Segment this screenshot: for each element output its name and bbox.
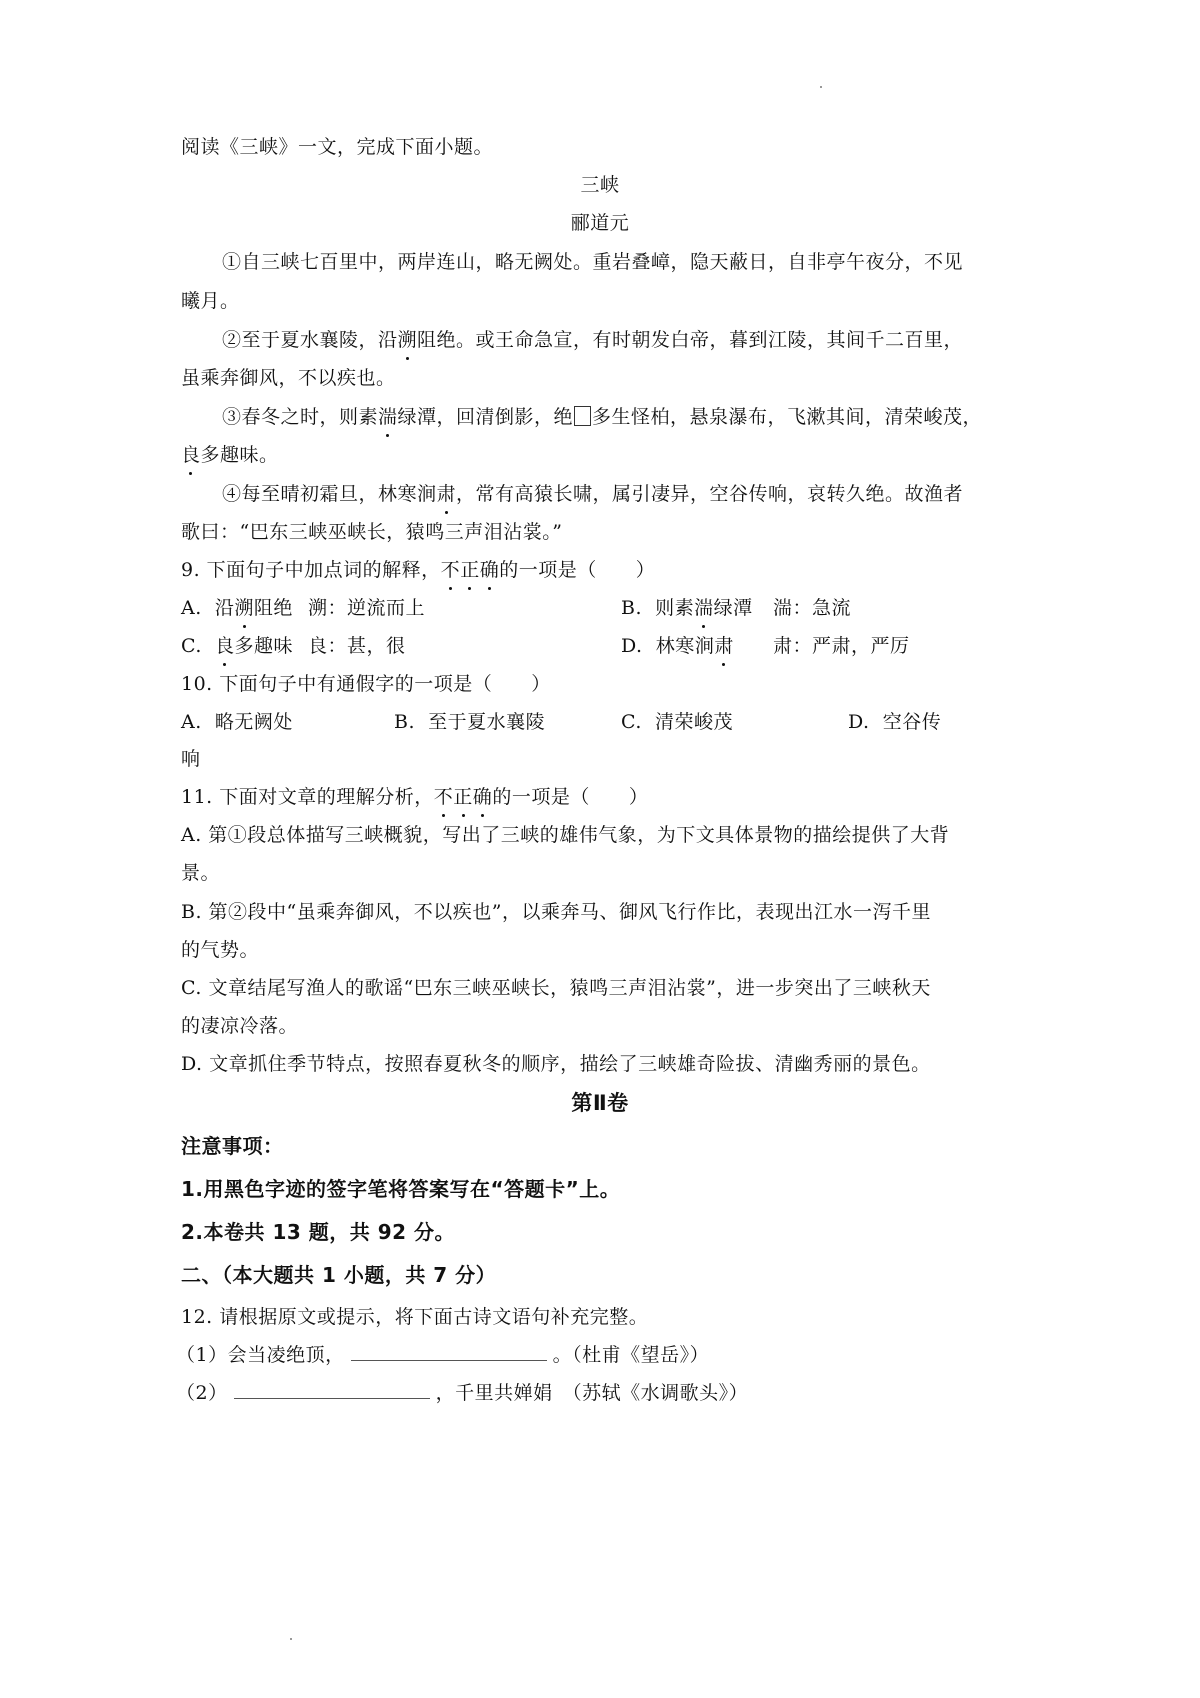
reading-intro: 阅读《三峡》一文，完成下面小题。	[181, 134, 493, 160]
q11-option-b-wrap: 的气势。	[181, 937, 259, 963]
dotted-word: 良	[181, 442, 201, 468]
text-segment: 的一项是（ ）	[492, 786, 648, 808]
notice-item-2: 2.本卷共 13 题，共 92 分。	[181, 1219, 455, 1245]
q9-option-a[interactable]: A. 沿溯阻绝	[181, 595, 293, 621]
text-segment: 阻绝。或王命急宣，有时朝发白帝，暮到江陵，其间千二百里，	[417, 329, 963, 351]
option-text: 略无阙处	[215, 711, 293, 733]
passage-p1-line1: ①自三峡七百里中，两岸连山，略无阙处。重岩叠嶂，隐天蔽日，自非亭午夜分，不见	[222, 249, 963, 275]
passage-author: 郦道元	[0, 210, 1200, 236]
text-segment: 沿	[215, 597, 235, 619]
q10-stem: 10. 下面句子中有通假字的一项是（ ）	[181, 671, 551, 697]
answer-blank-2[interactable]	[234, 1380, 430, 1399]
text-segment: 11. 下面对文章的理解分析，	[181, 786, 434, 808]
dotted-word: 溯	[398, 327, 418, 353]
option-label: D.	[621, 635, 643, 657]
option-label: A.	[181, 711, 202, 733]
dotted-word: 肃	[437, 481, 457, 507]
passage-p2-line2: 虽乘奔御风，不以疾也。	[181, 365, 396, 391]
text-segment: 则素	[655, 597, 694, 619]
part-heading: 二、（本大题共 1 小题，共 7 分）	[181, 1262, 496, 1288]
q10-option-d[interactable]: D. 空谷传	[848, 709, 941, 735]
text-segment: 多趣味	[235, 635, 294, 657]
text-segment: 。（杜甫《望岳》）	[553, 1344, 710, 1366]
notice-heading: 注意事项：	[181, 1133, 284, 1159]
text-segment: 阻绝	[254, 597, 293, 619]
q10-option-b[interactable]: B. 至于夏水襄陵	[394, 709, 545, 735]
q9-option-d[interactable]: D. 林寒涧肃	[621, 633, 734, 659]
scan-speck	[290, 1638, 292, 1640]
passage-p4-line2: 歌曰：“巴东三峡巫峡长，猿鸣三声泪沾裳。”	[181, 519, 562, 545]
text-segment: 林寒涧	[656, 635, 715, 657]
dotted-word: 肃	[714, 633, 734, 659]
exam-page: 阅读《三峡》一文，完成下面小题。 三峡 郦道元 ①自三峡七百里中，两岸连山，略无…	[0, 0, 1200, 1698]
text-segment: 9. 下面句子中加点词的解释，	[181, 559, 441, 581]
option-text: 清荣峻茂	[655, 711, 733, 733]
q11-option-c-wrap: 的凄凉冷落。	[181, 1013, 298, 1039]
text-segment: （2）	[176, 1382, 228, 1404]
text-segment: 多趣味。	[201, 444, 279, 466]
text-segment: 绿潭，回清倒影，绝	[398, 406, 574, 428]
section-title: 第Ⅱ卷	[0, 1090, 1200, 1116]
dotted-word: 良	[215, 633, 235, 659]
passage-p2-line1: ②至于夏水襄陵，沿溯阻绝。或王命急宣，有时朝发白帝，暮到江陵，其间千二百里，	[222, 327, 963, 353]
option-label: B.	[394, 711, 415, 733]
text-segment: 多生怪柏，悬泉瀑布，飞漱其间，清荣峻茂，	[592, 406, 982, 428]
text-segment: ②至于夏水襄陵，沿	[222, 329, 398, 351]
option-text: 至于夏水襄陵	[428, 711, 545, 733]
emphasis-char: 不	[434, 784, 454, 810]
q12-stem: 12. 请根据原文或提示，将下面古诗文语句补充完整。	[181, 1304, 648, 1330]
option-label: C.	[621, 711, 642, 733]
dotted-word: 湍	[378, 404, 398, 430]
emphasis-char: 确	[480, 557, 500, 583]
text-segment: ，常有高猿长啸，属引凄异，空谷传响，哀转久绝。故渔者	[456, 483, 963, 505]
q9-option-c-explain: 良：甚，很	[308, 633, 406, 659]
passage-p1-line2: 曦月。	[181, 288, 240, 314]
option-label: D.	[848, 711, 870, 733]
passage-p3-line2: 良多趣味。	[181, 442, 279, 468]
passage-p4-line1: ④每至晴初霜旦，林寒涧肃，常有高猿长啸，属引凄异，空谷传响，哀转久绝。故渔者	[222, 481, 963, 507]
option-label: B.	[621, 597, 642, 619]
q11-option-c[interactable]: C. 文章结尾写渔人的歌谣“巴东三峡巫峡长，猿鸣三声泪沾裳”，进一步突出了三峡秋…	[181, 975, 931, 1001]
dotted-word: 溯	[234, 595, 254, 621]
missing-char-box	[574, 406, 591, 426]
option-label: C.	[181, 635, 202, 657]
q9-option-b-explain: 湍：急流	[773, 595, 851, 621]
text-segment: ③春冬之时，则素	[222, 406, 378, 428]
q12-item-2: （2），千里共婵娟 （苏轼《水调歌头》）	[176, 1380, 748, 1406]
q9-option-c[interactable]: C. 良多趣味	[181, 633, 293, 659]
q9-option-a-explain: 溯：逆流而上	[308, 595, 425, 621]
q9-option-d-explain: 肃：严肃，严厉	[773, 633, 910, 659]
text-segment: ④每至晴初霜旦，林寒涧	[222, 483, 437, 505]
emphasis-char: 确	[473, 784, 493, 810]
q12-item-1: （1）会当凌绝顶，。（杜甫《望岳》）	[176, 1342, 709, 1368]
q10-option-c[interactable]: C. 清荣峻茂	[621, 709, 733, 735]
text-segment: （1）会当凌绝顶，	[176, 1344, 345, 1366]
q10-option-a[interactable]: A. 略无阙处	[181, 709, 293, 735]
q9-stem: 9. 下面句子中加点词的解释，不正确的一项是（ ）	[181, 557, 655, 583]
q9-option-b[interactable]: B. 则素湍绿潭	[621, 595, 753, 621]
text-segment: ，千里共婵娟 （苏轼《水调歌头》）	[436, 1382, 749, 1404]
option-label: A.	[181, 597, 202, 619]
emphasis-char: 不	[441, 557, 461, 583]
q10-option-d-wrap: 响	[181, 746, 201, 772]
emphasis-char: 正	[453, 784, 473, 810]
q11-stem: 11. 下面对文章的理解分析，不正确的一项是（ ）	[181, 784, 648, 810]
passage-p3-line1: ③春冬之时，则素湍绿潭，回清倒影，绝多生怪柏，悬泉瀑布，飞漱其间，清荣峻茂，	[222, 404, 982, 430]
option-text: 空谷传	[883, 711, 942, 733]
q11-option-a-wrap: 景。	[181, 860, 220, 886]
dotted-word: 湍	[694, 595, 714, 621]
notice-item-1: 1.用黑色字迹的签字笔将答案写在“答题卡”上。	[181, 1176, 620, 1202]
q11-option-d[interactable]: D. 文章抓住季节特点，按照春夏秋冬的顺序，描绘了三峡雄奇险拔、清幽秀丽的景色。	[181, 1051, 931, 1077]
passage-title: 三峡	[0, 172, 1200, 198]
scan-speck	[820, 86, 822, 88]
answer-blank-1[interactable]	[351, 1342, 547, 1361]
text-segment: 绿潭	[714, 597, 753, 619]
q11-option-a[interactable]: A. 第①段总体描写三峡概貌，写出了三峡的雄伟气象，为下文具体景物的描绘提供了大…	[181, 822, 949, 848]
q11-option-b[interactable]: B. 第②段中“虽乘奔御风，不以疾也”，以乘奔马、御风飞行作比，表现出江水一泻千…	[181, 899, 931, 925]
text-segment: 的一项是（ ）	[499, 559, 655, 581]
emphasis-char: 正	[460, 557, 480, 583]
